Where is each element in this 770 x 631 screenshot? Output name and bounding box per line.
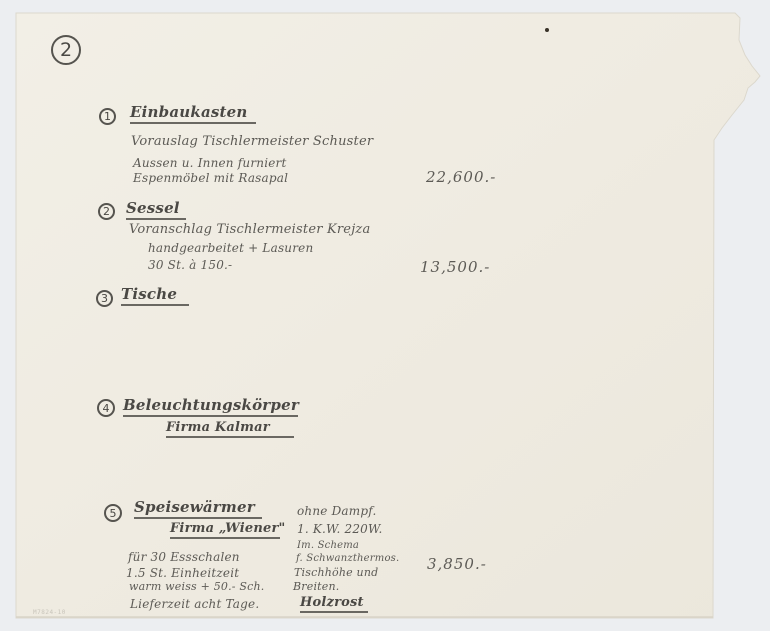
item-1-amount: 22,600.-: [426, 168, 496, 186]
ink-spot: [545, 28, 549, 32]
item-2-amount: 13,500.-: [420, 258, 490, 276]
item-5-right-note-3: Im. Schema: [297, 540, 359, 551]
item-5-right-note-1: ohne Dampf.: [297, 504, 376, 518]
sheet-number-text: 2: [60, 39, 72, 61]
item-5-left-note-1: für 30 Essschalen: [128, 550, 240, 564]
item-5-right-note-2: 1. K.W. 220W.: [297, 522, 382, 536]
item-2-detail-1: handgearbeitet + Lasuren: [148, 241, 313, 255]
item-3-title: Tische: [121, 285, 189, 306]
item-4-title: Beleuchtungskörper: [123, 396, 298, 417]
item-5-right-note-7: Holzrost: [300, 595, 368, 613]
item-1-title: Einbaukasten: [130, 103, 256, 124]
item-1-detail-2: Espenmöbel mit Rasapal: [133, 171, 288, 185]
item-5-right-note-4: f. Schwanzthermos.: [296, 553, 399, 564]
item-5-amount: 3,850.-: [427, 555, 487, 573]
item-5-left-note-4: Lieferzeit acht Tage.: [130, 597, 259, 611]
item-2-title: Sessel: [126, 199, 186, 220]
item-4-number: 4: [97, 399, 115, 417]
item-4-supplier: Firma Kalmar: [166, 420, 294, 438]
pencil-stamp: M7824-10: [33, 609, 66, 616]
item-3-number: 3: [96, 290, 113, 307]
item-5-left-note-2: 1.5 St. Einheitzeit: [126, 566, 239, 580]
item-2-number: 2: [98, 203, 115, 220]
item-2-supplier: Voranschlag Tischlermeister Krejza: [129, 222, 370, 237]
item-1-number: 1: [99, 108, 116, 125]
item-5-number: 5: [104, 504, 122, 522]
item-1-detail-1: Aussen u. Innen furniert: [133, 156, 287, 170]
item-1-supplier: Vorauslag Tischlermeister Schuster: [131, 134, 373, 149]
item-5-left-note-3: warm weiss + 50.- Sch.: [129, 580, 265, 593]
item-5-right-note-6: Breiten.: [293, 580, 339, 593]
paper-sheet: [0, 0, 770, 631]
item-2-detail-2: 30 St. à 150.-: [148, 258, 232, 272]
sheet-number: 2: [51, 35, 81, 65]
item-5-supplier: Firma „Wiener": [170, 521, 280, 539]
item-5-right-note-5: Tischhöhe und: [294, 566, 378, 579]
item-5-title: Speisewärmer: [134, 498, 262, 519]
